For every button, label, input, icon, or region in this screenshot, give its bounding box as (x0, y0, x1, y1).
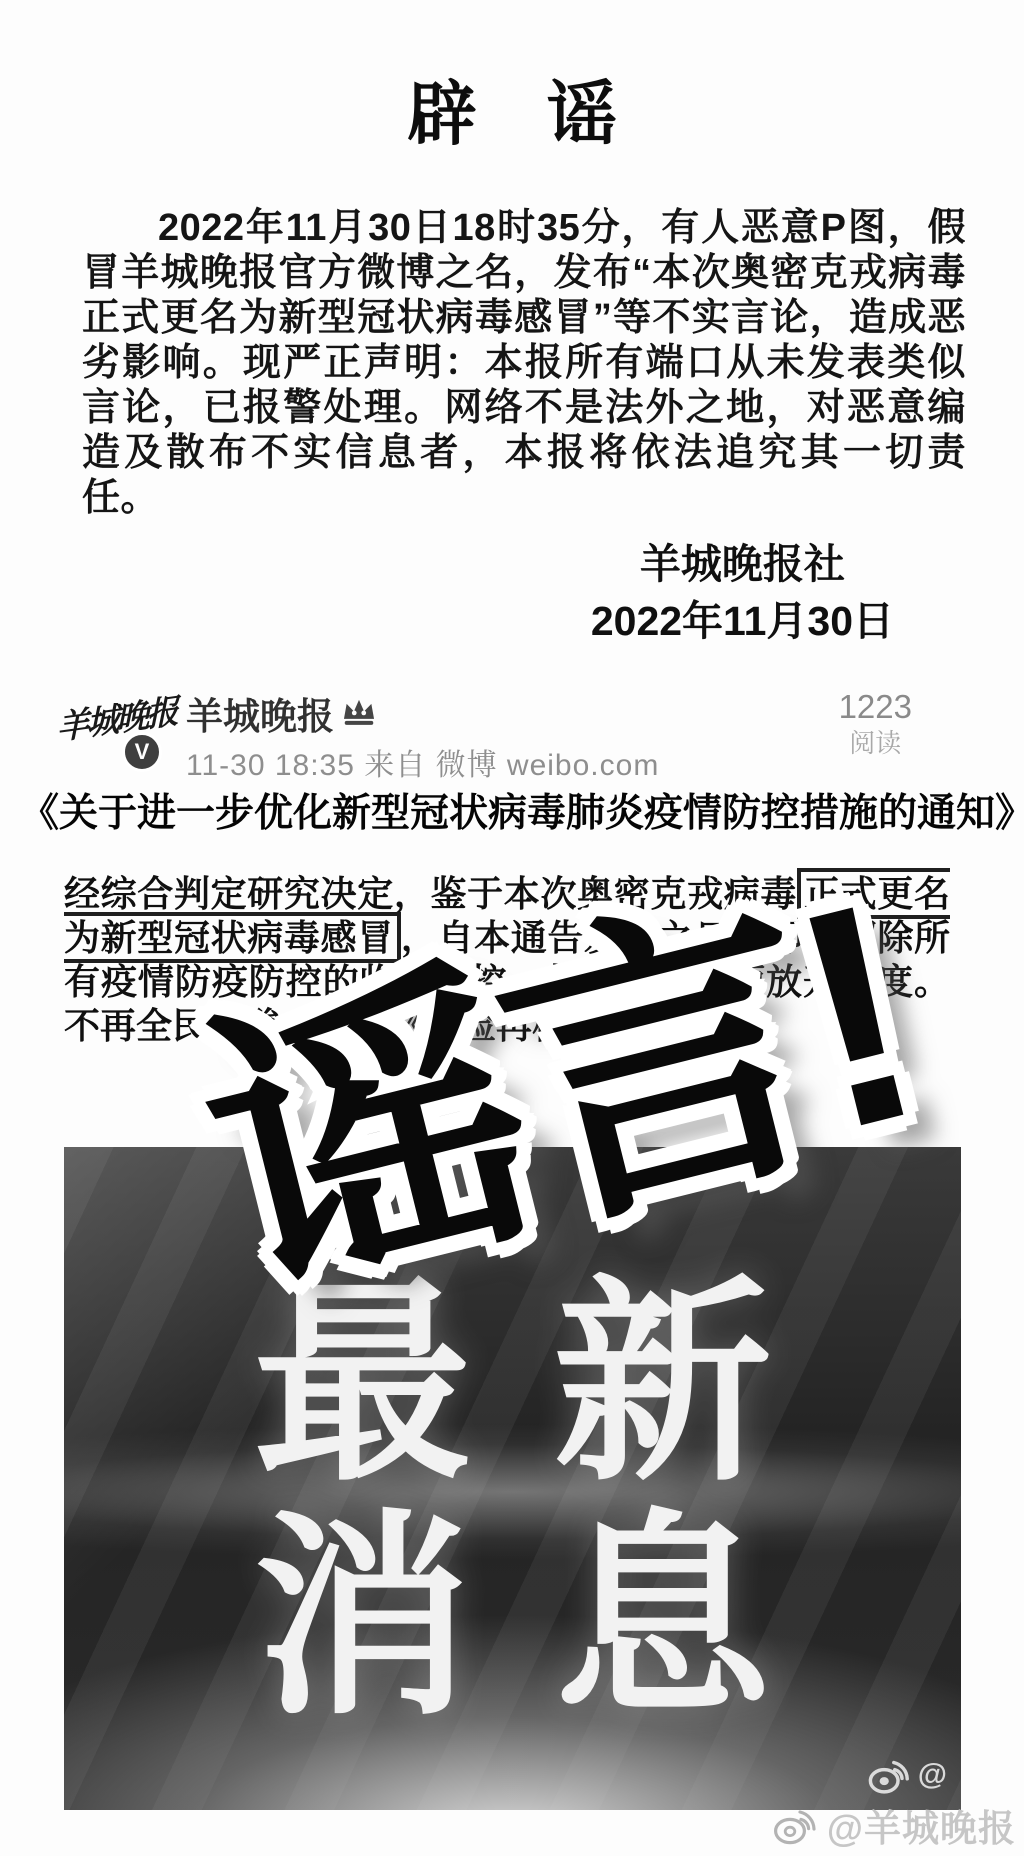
reads-block: 1223 阅读 (839, 686, 912, 760)
rumor-refutation-poster: 辟 谣 2022年11月30日18时35分，有人恶意P图，假冒羊城晚报官方微博之… (0, 0, 1024, 1856)
news-image-line1: 最新 (64, 1275, 961, 1495)
signature-org: 羊城晚报社 (591, 536, 894, 593)
news-image-line2: 消息 (64, 1509, 961, 1729)
watermark-handle: @羊城晚报 (827, 1798, 1016, 1852)
vip-crown-icon (340, 692, 378, 730)
body-text-before: 经综合判定研究决定，鉴于本次奥密克戎病毒 (64, 873, 797, 914)
post-body: 经综合判定研究决定，鉴于本次奥密克戎病毒正式更名为新型冠状病毒感冒，自本通告发布… (64, 872, 950, 1048)
username: 羊城晚报 (186, 686, 334, 740)
page-watermark: @羊城晚报 (771, 1798, 1016, 1852)
reads-count: 1223 (839, 686, 912, 727)
weibo-logo-icon (866, 1752, 912, 1798)
statement-paragraph: 2022年11月30日18时35分，有人恶意P图，假冒羊城晚报官方微博之名，发布… (82, 206, 966, 521)
image-corner-watermark: @ (866, 1752, 947, 1798)
reads-label: 阅读 (839, 727, 912, 760)
post-meta: 11-30 18:35 来自 微博 weibo.com (186, 740, 659, 784)
signature-date: 2022年11月30日 (591, 593, 894, 650)
post-headline: 《关于进一步优化新型冠状病毒肺炎疫情防控措施的通知》 (20, 782, 1004, 838)
signature-block: 羊城晚报社 2022年11月30日 (591, 536, 894, 650)
news-photo: 最新 消息 @ (64, 1147, 961, 1810)
corner-handle: @ (918, 1758, 947, 1792)
verified-badge: V (122, 732, 162, 772)
page-title: 辟 谣 (0, 58, 1024, 159)
weibo-logo-icon (771, 1801, 819, 1849)
